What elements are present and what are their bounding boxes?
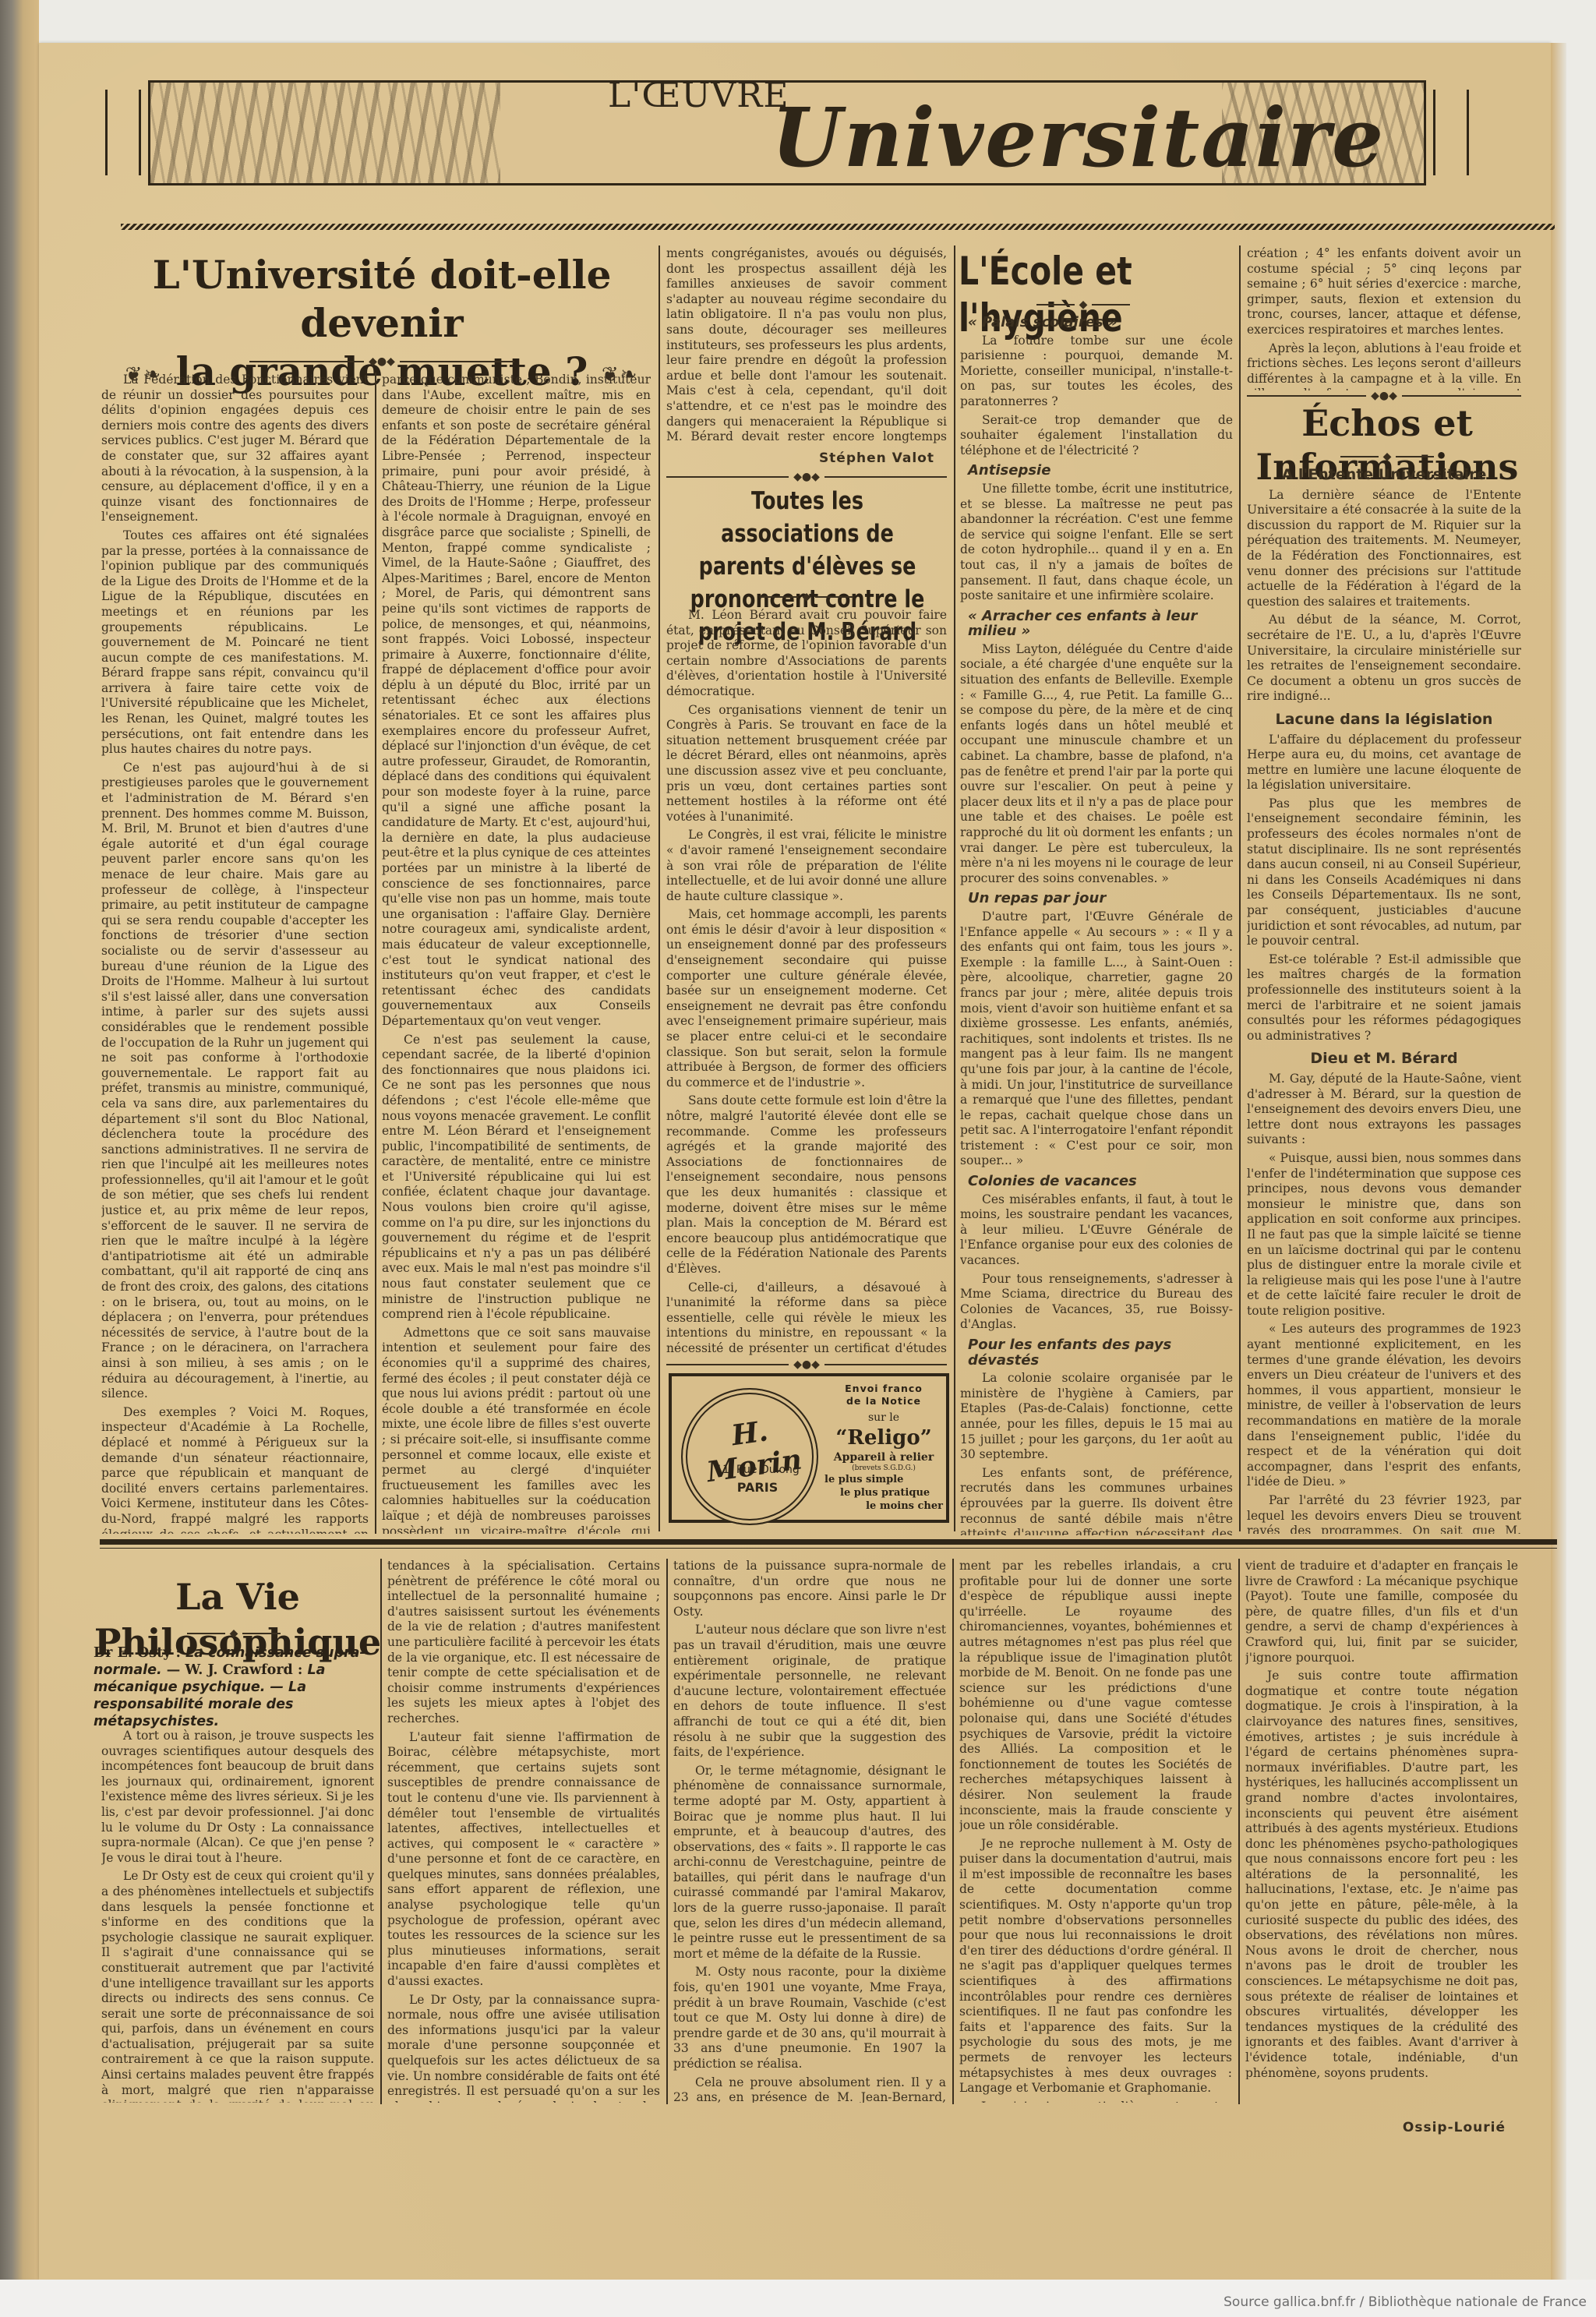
paragraph: parce que communiste ; Bondin, institute… (382, 373, 651, 1030)
ad-tagline: le plus pratique (824, 1486, 943, 1499)
ornament-divider: ◆●◆ (666, 1360, 947, 1369)
section-subhead: Un repas par jour (968, 891, 1233, 906)
masthead-illustration-crowd (150, 82, 500, 183)
author-signature: Stéphen Valot (666, 451, 934, 467)
masthead-ornament-left (105, 90, 141, 175)
ornament-divider: ◆ (187, 1629, 281, 1638)
paragraph: La foudre tombe sur une école parisienne… (960, 334, 1233, 410)
paragraph: Cela ne prouve absolument rien. Il y a 2… (673, 2075, 946, 2103)
paragraph: Miss Layton, déléguée du Centre d'aide s… (960, 642, 1233, 887)
article-hygiene-body: « Palais scolaires »La foudre tombe sur … (960, 310, 1233, 1535)
paragraph: Des exemples ? Voici M. Roques, inspecte… (101, 1405, 369, 1534)
masthead-title-small: L'ŒUVRE (608, 76, 789, 115)
paragraph: Les enfants sont, de préférence, recruté… (960, 1466, 1233, 1535)
vie-philosophique-col-5: vient de traduire et d'adapter en frança… (1245, 1559, 1518, 2079)
ad-line: (brevets S.G.D.G.) (824, 1464, 943, 1473)
ad-product-name: “Religo” (835, 1426, 931, 1450)
article-universite-col-2: parce que communiste ; Bondin, institute… (382, 373, 651, 1534)
article-associations-body: M. Léon Bérard avait cru pouvoir faire é… (666, 608, 947, 1356)
paragraph: ments congréganistes, avoués ou déguisés… (666, 246, 947, 445)
ornament-divider: ◆●◆ (666, 472, 947, 482)
paragraph: « Les auteurs des programmes de 1923 aya… (1247, 1322, 1521, 1490)
scanner-gutter (0, 0, 39, 2317)
section-subhead: Pour les enfants des pays dévastés (968, 1337, 1233, 1368)
section-subhead: Colonies de vacances (968, 1174, 1233, 1189)
paragraph: Le Dr Osty est de ceux qui croient qu'il… (101, 1869, 374, 2103)
ornament-icon: ◆ (1075, 300, 1093, 309)
paragraph: M. Osty nous raconte, pour la dixième fo… (673, 1965, 946, 2072)
paragraph: Après la leçon, ablutions à l'eau froide… (1247, 341, 1521, 390)
ornament-icon: ◆●◆ (1366, 391, 1402, 401)
section-divider-thin (100, 1548, 1557, 1549)
paragraph: L'auteur nous déclare que son livre n'es… (673, 1623, 946, 1760)
section-subhead: Antisepsie (968, 463, 1233, 479)
ad-tagline: le plus simple (824, 1473, 943, 1486)
paragraph: Toutes ces affaires ont été signalées pa… (101, 528, 369, 758)
paragraph: La colonie scolaire organisée par le min… (960, 1371, 1233, 1463)
ad-product-line: sur le “Religo” (824, 1408, 943, 1451)
deck-author: Dr E. Osty : (94, 1645, 181, 1661)
ad-tagline: le moins cher (824, 1499, 943, 1513)
paragraph: A tort ou à raison, je trouve suspects l… (101, 1729, 374, 1866)
paragraph: M. Gay, député de la Haute-Saône, vient … (1247, 1072, 1521, 1148)
vie-philosophique-col-2: tendances à la spécialisation. Certains … (387, 1559, 660, 2103)
ad-copy: Envoi franco de la Notice sur le “Religo… (824, 1383, 943, 1513)
section-divider-heavy (100, 1539, 1557, 1545)
vie-philosophique-col-3: tations de la puissance supra-normale de… (673, 1559, 946, 2103)
paragraph: Le Congrès, il est vrai, félicite le min… (666, 828, 947, 904)
source-credit: Source gallica.bnf.fr / Bibliothèque nat… (1223, 2294, 1587, 2310)
echos-body: A l'Entente UniversitaireLa dernière séa… (1247, 460, 1521, 1534)
advertisement-religo: H. Morin 11, Rue Dulong PARIS Envoi fran… (669, 1373, 949, 1523)
section-subhead: A l'Entente Universitaire (1247, 468, 1521, 483)
ornament-icon: ◆●◆ (789, 472, 824, 482)
paragraph: Une fillette tombe, écrit une institutri… (960, 482, 1233, 604)
section-subhead: « Arracher ces enfants à leur milieu » (968, 609, 1233, 639)
deck-author: — W. J. Crawford : (167, 1662, 303, 1678)
article-universite-col-3: ments congréganistes, avoués ou déguisés… (666, 246, 947, 445)
paragraph: Ces misérables enfants, il faut, à tout … (960, 1192, 1233, 1269)
paragraph: La dernière séance de l'Entente Universi… (1247, 488, 1521, 610)
column-rule (375, 373, 376, 1534)
paragraph: Je n'ai rien particulièrement contre l'o… (959, 2100, 1232, 2103)
paragraph: L'auteur fait sienne l'affirmation de Bo… (387, 1730, 660, 1990)
paragraph: Or, le terme métagnomie, désignant le ph… (673, 1764, 946, 1962)
paragraph: tendances à la spécialisation. Certains … (387, 1559, 660, 1727)
masthead-title-script: Universitaire (772, 90, 1385, 185)
vie-signature-block: Ossip-Lourié (1245, 2116, 1518, 2139)
paragraph: M. Léon Bérard avait cru pouvoir faire é… (666, 608, 947, 700)
masthead-ornament-right (1433, 90, 1469, 175)
headline-line-1: L'Université doit-elle devenir (101, 251, 662, 348)
column-rule (659, 245, 660, 1531)
paragraph: Le Dr Osty, par la connaissance supra-no… (387, 1993, 660, 2103)
paragraph: D'autre part, l'Œuvre Générale de l'Enfa… (960, 909, 1233, 1169)
column-rule (954, 245, 955, 1531)
paragraph: ment par les rebelles irlandais, a cru p… (959, 1559, 1232, 1834)
paragraph: Mais, cet hommage accompli, les parents … (666, 907, 947, 1090)
paragraph: La Fédération des Fonctionnaires vient d… (101, 373, 369, 525)
paragraph: Ces organisations viennent de tenir un C… (666, 703, 947, 825)
section-subhead: Dieu et M. Bérard (1247, 1051, 1521, 1067)
column-rule (666, 1559, 668, 2104)
ad-line: sur le (868, 1411, 899, 1424)
ornament-icon: ◆ (225, 1629, 243, 1638)
ornament-divider: ◆ (760, 592, 853, 602)
paragraph: Serait-ce trop demander que de souhaiter… (960, 413, 1233, 459)
paragraph: Celle-ci, d'ailleurs, a désavoué à l'una… (666, 1280, 947, 1356)
section-subhead: « Palais scolaires » (968, 315, 1233, 330)
section-subhead: Lacune dans la législation (1247, 712, 1521, 728)
paragraph: tations de la puissance supra-normale de… (673, 1559, 946, 1619)
ornament-divider: ◆●◆ (1247, 391, 1521, 401)
paragraph: Pas plus que les membres de l'enseigneme… (1247, 796, 1521, 949)
article-signature-block: Stéphen Valot (666, 447, 947, 470)
page-edge (1551, 43, 1566, 2280)
ad-line: de la Notice (824, 1395, 943, 1408)
paragraph: Ce n'est pas aujourd'hui à de si prestig… (101, 761, 369, 1402)
vie-philosophique-col-1: A tort ou à raison, je trouve suspects l… (101, 1729, 374, 2103)
author-signature: Ossip-Lourié (1245, 2121, 1506, 2136)
article-hygiene-continued: création ; 4° les enfants doivent avoir … (1247, 246, 1521, 390)
vie-philosophique-col-4: ment par les rebelles irlandais, a cru p… (959, 1559, 1232, 2103)
column-rule (380, 1559, 382, 2104)
ad-address: 11, Rue Dulong (703, 1464, 812, 1476)
column-rule (952, 1559, 954, 2104)
ornament-divider: ◆●◆ (249, 357, 514, 366)
ad-city: PARIS (703, 1480, 812, 1495)
masthead: L'ŒUVRE Universitaire (101, 58, 1473, 175)
paragraph: Par l'arrêté du 23 février 1923, par leq… (1247, 1493, 1521, 1534)
ornament-icon: ◆ (798, 592, 816, 602)
paragraph: Pour tous renseignements, s'adresser à M… (960, 1272, 1233, 1333)
article-deck: Dr E. Osty : La connaissance supra-norma… (94, 1644, 374, 1730)
paragraph: « Puisque, aussi bien, nous sommes dans … (1247, 1151, 1521, 1319)
paragraph: vient de traduire et d'adapter en frança… (1245, 1559, 1518, 1665)
paragraph: création ; 4° les enfants doivent avoir … (1247, 246, 1521, 338)
paragraph: Admettons que ce soit sans mauvaise inte… (382, 1326, 651, 1534)
masthead-zigzag-rule (121, 224, 1555, 230)
paragraph: Je ne reproche nullement à M. Osty de pu… (959, 1837, 1232, 2096)
paragraph: Sans doute cette formule est loin d'être… (666, 1093, 947, 1277)
paragraph: Je suis contre toute affirmation dogmati… (1245, 1669, 1518, 2079)
paragraph: L'affaire du déplacement du professeur H… (1247, 733, 1521, 793)
column-rule (1238, 1559, 1240, 2104)
paragraph: Ce n'est pas seulement la cause, cependa… (382, 1033, 651, 1323)
ornament-icon: ◆●◆ (789, 1360, 824, 1369)
ad-line: Appareil à relier (824, 1451, 943, 1464)
ornament-divider: ◆ (1036, 300, 1130, 309)
ornament-icon: ◆●◆ (364, 357, 400, 366)
ad-line: Envoi franco (824, 1383, 943, 1395)
article-universite-col-1: La Fédération des Fonctionnaires vient d… (101, 373, 369, 1534)
paragraph: Au début de la séance, M. Corrot, secrét… (1247, 613, 1521, 705)
paragraph: Est-ce tolérable ? Est-il admissible que… (1247, 952, 1521, 1044)
